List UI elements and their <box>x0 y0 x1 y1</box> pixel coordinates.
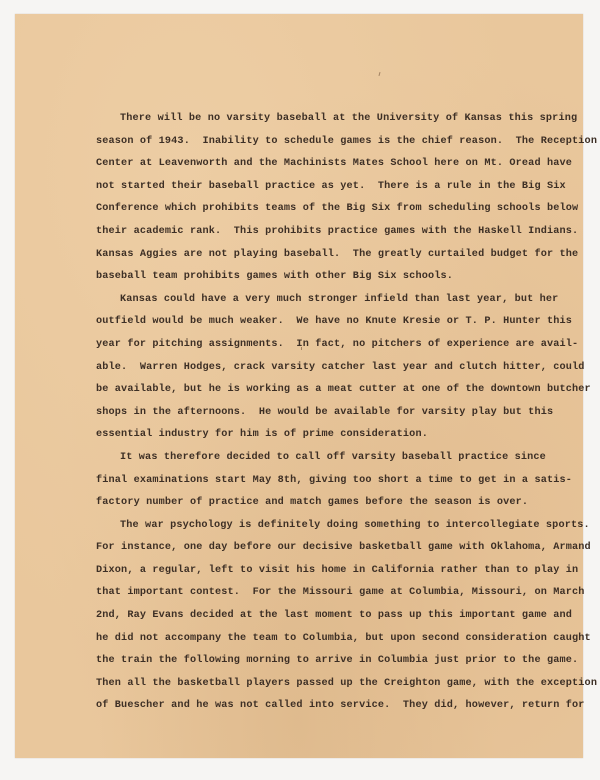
text-line: able. Warren Hodges, crack varsity catch… <box>96 357 566 380</box>
paragraph: The war psychology is definitely doing s… <box>96 515 566 718</box>
text-line: 2nd, Ray Evans decided at the last momen… <box>96 605 566 628</box>
text-line: the train the following morning to arriv… <box>96 650 566 673</box>
text-line: outfield would be much weaker. We have n… <box>96 311 566 334</box>
paragraph: Kansas could have a very much stronger i… <box>96 289 566 447</box>
text-line: baseball team prohibits games with other… <box>96 266 566 289</box>
paragraph: It was therefore decided to call off var… <box>96 447 566 515</box>
text-line: season of 1943. Inability to schedule ga… <box>96 131 566 154</box>
text-line: he did not accompany the team to Columbi… <box>96 628 566 651</box>
text-line: Kansas could have a very much stronger i… <box>96 289 566 312</box>
text-line: For instance, one day before our decisiv… <box>96 537 566 560</box>
text-line: their academic rank. This prohibits prac… <box>96 221 566 244</box>
text-line: Then all the basketball players passed u… <box>96 673 566 696</box>
text-line: be available, but he is working as a mea… <box>96 379 566 402</box>
paragraph: There will be no varsity baseball at the… <box>96 108 566 289</box>
text-line: There will be no varsity baseball at the… <box>96 108 566 131</box>
text-line: that important contest. For the Missouri… <box>96 582 566 605</box>
text-line: The war psychology is definitely doing s… <box>96 515 566 538</box>
text-line: Dixon, a regular, left to visit his home… <box>96 560 566 583</box>
document-page: There will be no varsity baseball at the… <box>15 14 583 758</box>
text-line: Kansas Aggies are not playing baseball. … <box>96 244 566 267</box>
text-line: of Buescher and he was not called into s… <box>96 695 566 718</box>
text-line: shops in the afternoons. He would be ava… <box>96 402 566 425</box>
text-line: Center at Leavenworth and the Machinists… <box>96 153 566 176</box>
text-line: year for pitching assignments. In fact, … <box>96 334 566 357</box>
paper-speck <box>378 72 380 76</box>
text-line: essential industry for him is of prime c… <box>96 424 566 447</box>
typed-text-body: There will be no varsity baseball at the… <box>96 108 566 718</box>
text-line: not started their baseball practice as y… <box>96 176 566 199</box>
text-line: It was therefore decided to call off var… <box>96 447 566 470</box>
text-line: final examinations start May 8th, giving… <box>96 470 566 493</box>
text-line: factory number of practice and match gam… <box>96 492 566 515</box>
text-line: Conference which prohibits teams of the … <box>96 198 566 221</box>
